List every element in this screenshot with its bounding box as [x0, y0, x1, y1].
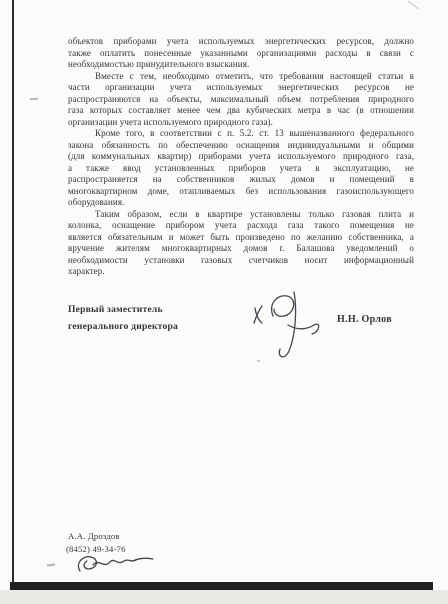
scan-speck [408, 0, 419, 10]
body-line: многоквартирном доме, отапливаемых без и… [68, 186, 414, 198]
body-line: является обязательным и может быть произ… [68, 232, 414, 244]
executor-signature [73, 552, 157, 578]
body-line: а также ввод установленных приборов учет… [68, 163, 414, 175]
executor-name: А.А. Дроздов [68, 531, 120, 541]
body-line: закона обязанность по обеспечению оснаще… [68, 140, 414, 152]
body-line: газа которых составляет менее чем два ку… [68, 105, 414, 117]
body-line: вручение жителям многоквартирных домов г… [68, 243, 414, 255]
body-line: оборудования. [68, 197, 414, 209]
scan-edge-line [12, 0, 14, 583]
signer-title: Первый заместитель генерального директор… [68, 301, 178, 335]
body-line: части организации учета используемых эне… [68, 82, 414, 94]
signer-name: Н.Н. Орлов [337, 314, 392, 325]
body-line: (для коммунальных квартир) приборами уче… [68, 151, 414, 163]
body-line: необходимости установки газовых счетчико… [68, 255, 414, 267]
scan-bottom-bar [10, 582, 433, 590]
letter-body: объектов приборами учета используемых эн… [68, 36, 414, 278]
scan-smudge [47, 563, 55, 566]
body-line: организации учета используемого природно… [68, 117, 414, 129]
scan-speck [257, 360, 260, 362]
body-line: колонка, оснащение прибором учета расход… [68, 220, 414, 232]
signer-title-line2: генерального директора [68, 318, 178, 335]
body-line: характер. [68, 266, 414, 278]
body-line: объектов приборами учета используемых эн… [68, 36, 414, 48]
body-line: Таким образом, если в квартире установле… [68, 209, 414, 221]
director-signature [243, 288, 327, 370]
body-line: также оплатить понесенные указанными орг… [68, 48, 414, 60]
body-line: необходимостью принудительного взыскания… [68, 59, 414, 71]
body-line: распространяется на собственников жилых … [68, 174, 414, 186]
body-line: распространяются на объекты, максимальны… [68, 94, 414, 106]
signer-title-line1: Первый заместитель [68, 301, 178, 318]
scan-smudge [30, 98, 38, 101]
body-line: Вместе с тем, необходимо отметить, что т… [68, 71, 414, 83]
scanned-letter-page: объектов приборами учета используемых эн… [0, 0, 448, 604]
scan-background-strip [0, 590, 448, 604]
body-line: Кроме того, в соответствии с п. 5.2. ст.… [68, 128, 414, 140]
